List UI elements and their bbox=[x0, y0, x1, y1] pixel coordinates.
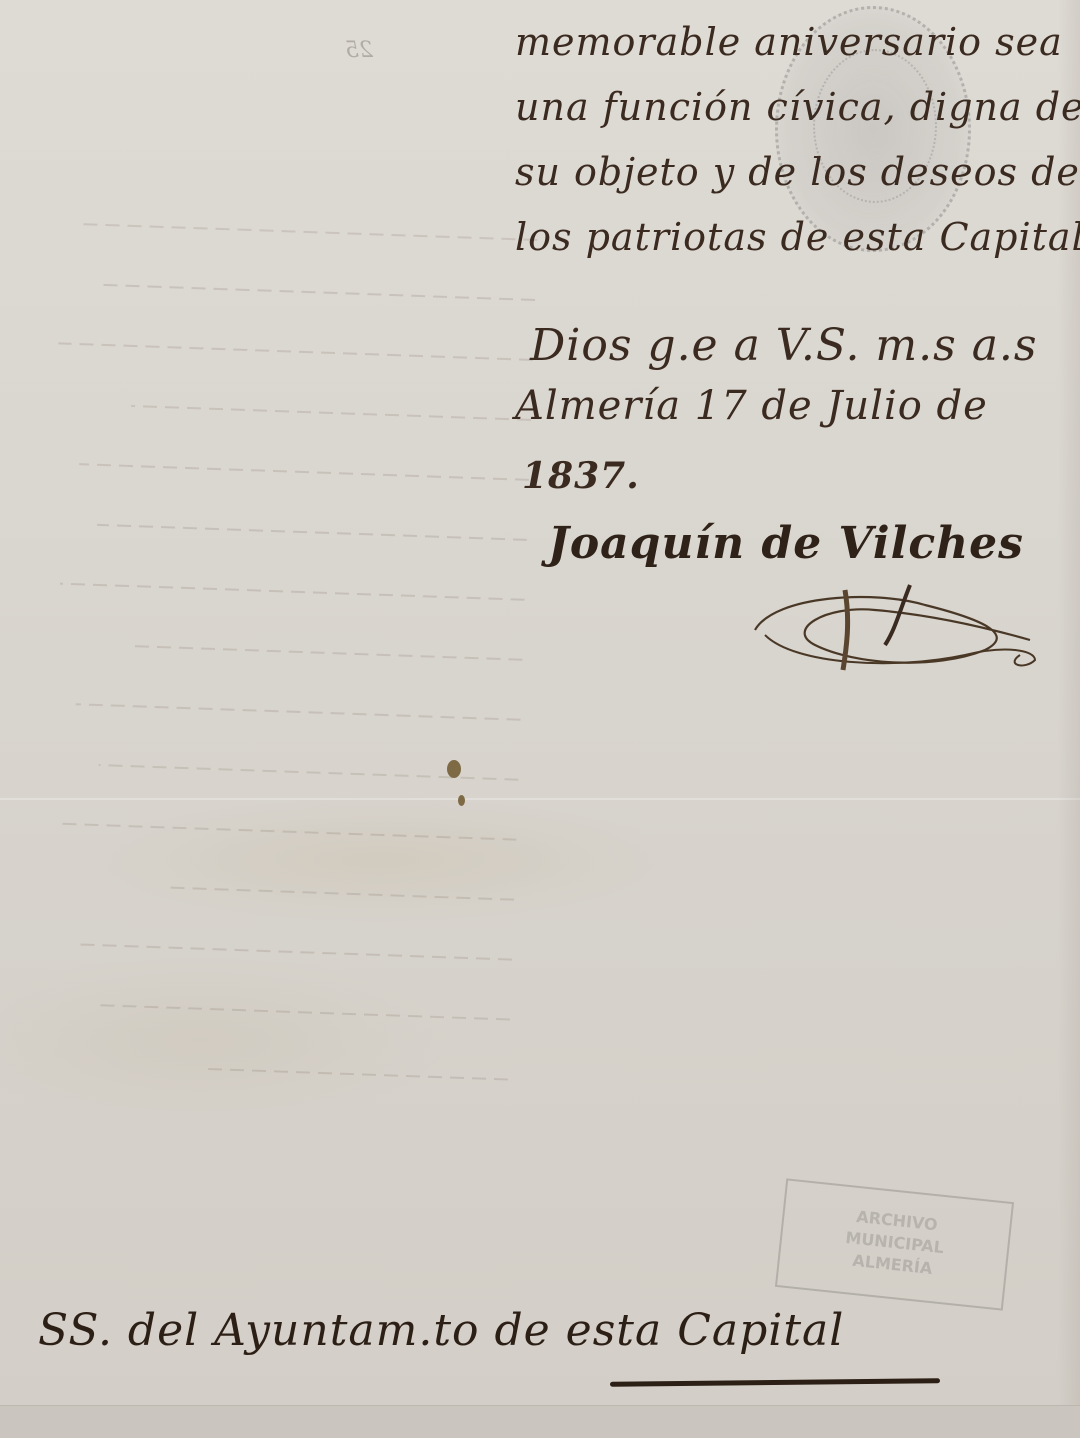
bleed-through-text bbox=[3, 222, 538, 1239]
signature: Joaquín de Vilches bbox=[548, 518, 1024, 569]
bleed-through-page-number: 25 bbox=[345, 38, 373, 63]
place-date: Almería 17 de Julio de bbox=[515, 383, 988, 429]
paper-bottom-edge bbox=[0, 1405, 1080, 1438]
paper-fold-line bbox=[0, 798, 1080, 800]
body-line-3: su objeto y de los deseos de todos bbox=[515, 150, 1080, 194]
addressee: SS. del Ayuntam.to de esta Capital bbox=[38, 1305, 844, 1356]
addressee-underline-flourish bbox=[610, 1378, 940, 1386]
ink-stain bbox=[458, 795, 465, 806]
document-page: 25 memorable aniversario sea una función… bbox=[0, 0, 1080, 1438]
body-line-2: una función cívica, digna de bbox=[515, 85, 1080, 129]
archive-stamp: ARCHIVO MUNICIPAL ALMERÍA bbox=[775, 1178, 1014, 1310]
ink-stain bbox=[447, 760, 461, 778]
body-line-4: los patriotas de esta Capital. bbox=[515, 215, 1080, 259]
body-line-1: memorable aniversario sea bbox=[515, 20, 1063, 64]
signature-rubric-flourish bbox=[735, 575, 1045, 675]
year: 1837. bbox=[522, 455, 640, 497]
closing-formula: Dios g.e a V.S. m.s a.s bbox=[530, 320, 1038, 371]
